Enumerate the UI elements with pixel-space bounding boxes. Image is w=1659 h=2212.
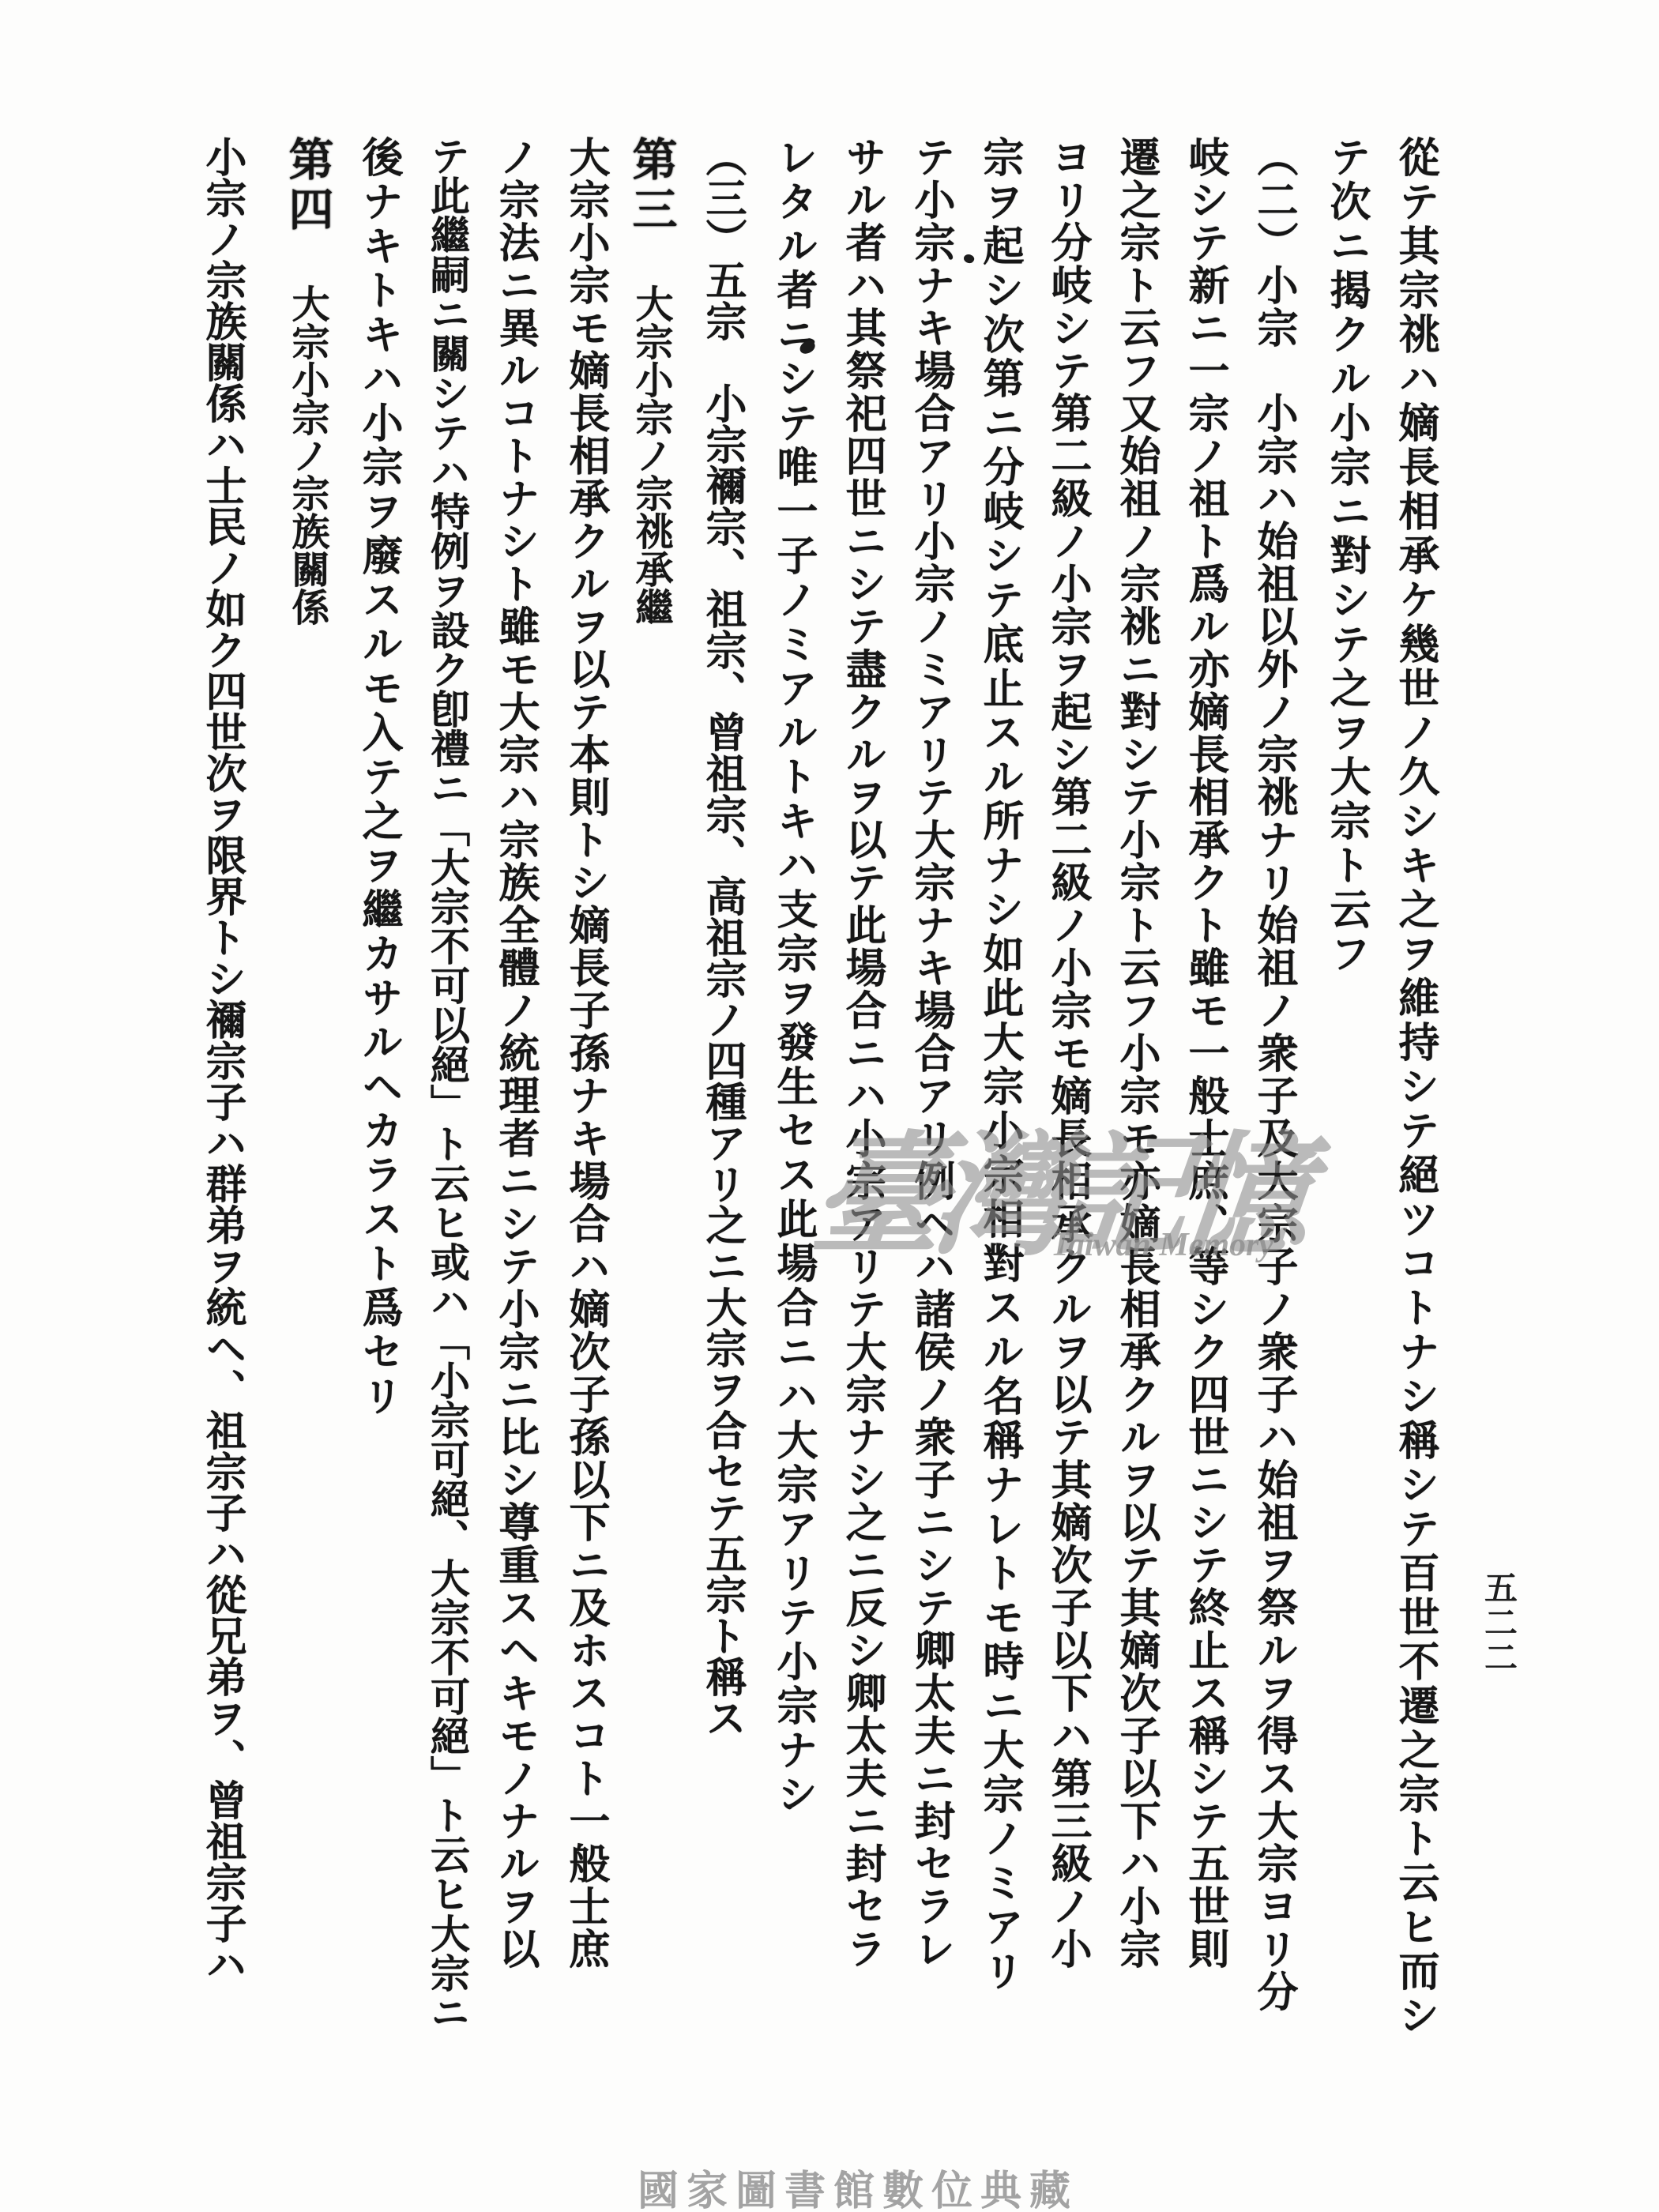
text-column-18: 小宗ノ宗族關係ハ士民ノ如ク四世次ヲ限界トシ禰宗子ハ群弟ヲ統ヘ、祖宗子ハ從兄弟ヲ、…: [201, 136, 251, 1984]
text-column-2: テ次ニ揭クル小宗ニ對シテ之ヲ大宗ト云フ: [1325, 136, 1375, 976]
text-column-4: 岐シテ新ニ一宗ノ祖ト爲ル亦嫡長相承クト雖モ一般士庶、等シク四世ニシテ終止ス稱シテ…: [1183, 136, 1234, 1970]
text-column-7: 宗ヲ起シ次第ニ分岐シテ底止スル所ナシ如此大宗小宗相對スル名稱ナレトモ時ニ大宗ノミ…: [978, 136, 1029, 1994]
scanned-book-page: 從テ其宗祧ハ嫡長相承ケ幾世ノ久シキ之ヲ維持シテ絕ツコトナシ稱シテ百世不遷之宗ト云…: [0, 0, 1659, 2212]
section-heading-4: 第四大宗小宗ノ宗族關係: [288, 136, 339, 626]
text-column-14: ノ宗法ニ異ルコトナシト雖モ大宗ハ宗族全體ノ統理者ニシテ小宗ニ比シ尊重スヘキモノナ…: [494, 136, 544, 1970]
section-heading-3: 第三大宗小宗ノ宗祧承繼: [632, 136, 683, 626]
library-archive-footer: 國家圖書館數位典藏: [638, 2157, 1078, 2212]
text-column-3-subsection-2-shoso: （二）小宗 小宗ハ始祖以外ノ宗祧ナリ始祖ノ衆子及大宗子ノ衆子ハ始祖ヲ祭ルヲ得ス大…: [1252, 136, 1303, 2013]
text-column-11-subsection-3-goso: （三）五宗 小宗禰宗、祖宗、曾祖宗、高祖宗ノ四種アリ之ニ大宗ヲ合セテ五宗ト稱ス: [701, 136, 751, 1738]
text-column-1: 從テ其宗祧ハ嫡長相承ケ幾世ノ久シキ之ヲ維持シテ絕ツコトナシ稱シテ百世不遷之宗ト云…: [1394, 136, 1444, 2038]
page-number: 五二二: [1474, 1571, 1522, 1675]
text-column-15: テ此繼嗣ニ關シテハ特例ヲ設ク卽禮ニ「大宗不可以絕」ト云ヒ或ハ「小宗可絕、大宗不可…: [425, 136, 476, 2032]
text-column-6: ヨリ分岐シテ第二級ノ小宗ヲ起シ第二級ノ小宗モ嫡長相承クルヲ以テ其嫡次子以下ハ第三…: [1046, 136, 1097, 1970]
text-column-8: テ小宗ナキ場合アリ小宗ノミアリテ大宗ナキ場合アリ例ヘハ諸侯ノ衆子ニシテ卿太夫ニ封…: [909, 136, 960, 1970]
text-column-9: サル者ハ其祭祀四世ニシテ盡クルヲ以テ此場合ニハ小宗アリテ大宗ナシ之ニ反シ卿太夫ニ…: [841, 136, 891, 1970]
text-column-13: 大宗小宗モ嫡長相承クルヲ以テ本則トシ嫡長子孫ナキ場合ハ嫡次子孫以下ニ及ホスコト一…: [564, 136, 615, 1970]
section-number: 第三: [626, 136, 675, 235]
section-title: 大宗小宗ノ宗祧承繼: [630, 284, 671, 626]
text-column-5: 遷之宗ト云フ又始祖ノ宗祧ニ對シテ小宗ト云フ小宗モ亦嫡長相承クルヲ以テ其嫡次子以下…: [1115, 136, 1165, 1970]
text-column-10: レタル者ニシテ唯一子ノミアルトキハ支宗ヲ發生セス此場合ニハ大宗アリテ小宗ナシ: [772, 136, 822, 1817]
section-number: 第四: [282, 136, 332, 235]
text-column-16: 後ナキトキハ小宗ヲ廢スルモ入テ之ヲ繼カサルヘカラスト爲セリ: [357, 136, 408, 1419]
section-title: 大宗小宗ノ宗族關係: [286, 284, 328, 626]
